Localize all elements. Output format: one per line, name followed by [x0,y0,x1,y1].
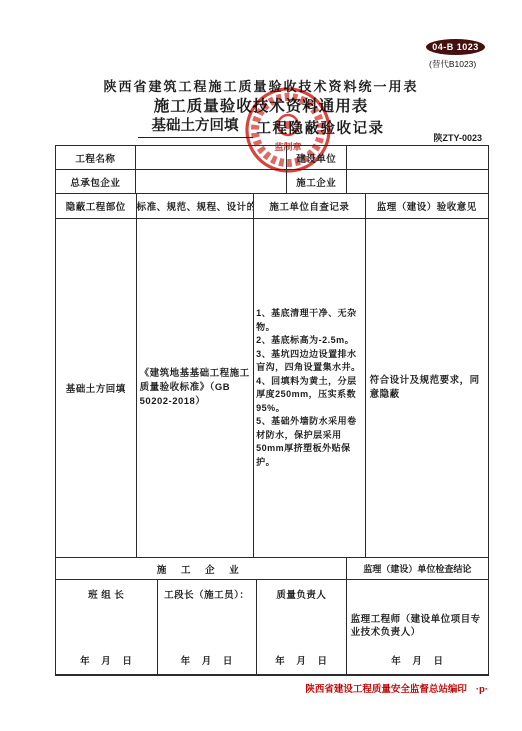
supervisor-role-label: 监理工程师（建设单位项目专业技术负责人） [347,613,488,639]
project-name-label: 工程名称 [56,146,136,169]
standard-reference-cell: 《建筑地基基础工程施工质量验收标准》（GB 50202-2018） [137,219,254,557]
publisher-imprint: 陕西省建设工程质量安全监督总站编印 [305,684,467,695]
general-contractor-label: 总承包企业 [56,170,136,193]
supervisor-signature-cell: 监理工程师（建设单位项目专业技术负责人） 年 月 日 [347,580,488,674]
print-footer: 陕西省建设工程质量安全监督总站编印·p· [305,681,488,695]
signature-row: 班 组 长 年 月 日 工段长（施工员）： 年 月 日 质量负责人 年 月 日 … [56,580,488,674]
self-check-record-cell: 1、基底清理干净、无杂物。 2、基底标高为-2.5m。 3、基坑四边边设置排水盲… [254,219,365,557]
date-field: 年 月 日 [257,653,346,667]
table-row: 总承包企业 施工企业 [56,170,488,194]
document-title-line2: 施工质量验收技术资料通用表 [0,94,522,116]
construction-company-band-label: 施 工 企 业 [56,558,347,579]
supervision-conclusion-label: 监理（建设）单位检查结论 [347,558,488,579]
col-header-supervision-opinion: 监理（建设）验收意见 [366,194,488,218]
client-label: 建设单位 [287,146,347,169]
form-table: 工程名称 建设单位 总承包企业 施工企业 隐蔽工程部位 标准、规范、规程、设计的… [55,145,489,676]
section-chief-label: 工段长（施工员）： [158,587,257,601]
supervision-opinion-cell: 符合设计及规范要求，同意隐蔽 [366,219,488,557]
foreman-label: 班 组 长 [56,587,157,601]
date-field: 年 月 日 [158,653,257,667]
self-check-item: 5、基础外墙防水采用卷材防水，保护层采用50mm厚挤塑板外贴保护。 [256,415,362,469]
section-chief-signature-cell: 工段长（施工员）： 年 月 日 [158,580,258,674]
self-check-list: 1、基底清理干净、无杂物。 2、基底标高为-2.5m。 3、基坑四边边设置排水盲… [254,307,364,469]
form-number: 陕ZTY-0023 [433,131,482,144]
standard-reference-text: 《建筑地基基础工程施工质量验收标准》（GB 50202-2018） [137,367,253,409]
self-check-item: 3、基坑四边边设置排水盲沟，四角设置集水井。 [256,348,362,375]
supervision-opinion-text: 符合设计及规范要求，同意隐蔽 [366,374,488,402]
project-name-value [136,146,287,169]
signature-space [257,601,346,653]
quality-manager-label: 质量负责人 [257,587,346,601]
document-title-line1: 陕西省建筑工程施工质量验收技术资料统一用表 [0,76,522,95]
col-header-self-check: 施工单位自查记录 [254,194,365,218]
client-value [347,146,488,169]
self-check-item: 1、基底清理干净、无杂物。 [256,307,362,334]
signature-space [56,601,157,653]
form-code-replaces: (替代B1023) [429,58,476,70]
scanned-form-page: { "badge": { "code": "04-B 1023", "repla… [0,0,522,731]
col-header-hidden-work-part: 隐蔽工程部位 [56,194,137,218]
record-name-label: 工程隐蔽验收记录 [257,117,385,138]
signature-space [347,639,488,653]
table-row: 工程名称 建设单位 [56,146,488,170]
date-field: 年 月 日 [347,653,488,667]
form-code-badge: 04-B 1023 [426,39,485,55]
table-row: 施 工 企 业 监理（建设）单位检查结论 [56,558,488,580]
self-check-item: 2、基底标高为-2.5m。 [256,334,362,348]
construction-company-label: 施工企业 [287,170,347,193]
table-content-row: 基础土方回填 《建筑地基基础工程施工质量验收标准》（GB 50202-2018）… [56,219,488,558]
signature-space [158,601,257,653]
page-mark: ·p· [476,684,488,695]
hidden-work-part-value: 基础土方回填 [56,219,137,557]
date-field: 年 月 日 [56,653,157,667]
table-header-row: 隐蔽工程部位 标准、规范、规程、设计的规定 施工单位自查记录 监理（建设）验收意… [56,194,488,219]
quality-manager-signature-cell: 质量负责人 年 月 日 [257,580,347,674]
foreman-signature-cell: 班 组 长 年 月 日 [56,580,158,674]
col-header-standards: 标准、规范、规程、设计的规定 [137,194,254,218]
self-check-item: 4、回填料为黄土，分层厚度250mm，压实系数95%。 [256,375,362,416]
project-part-underlined: 基础土方回填 [138,114,253,138]
general-contractor-value [136,170,287,193]
construction-company-value [347,170,488,193]
